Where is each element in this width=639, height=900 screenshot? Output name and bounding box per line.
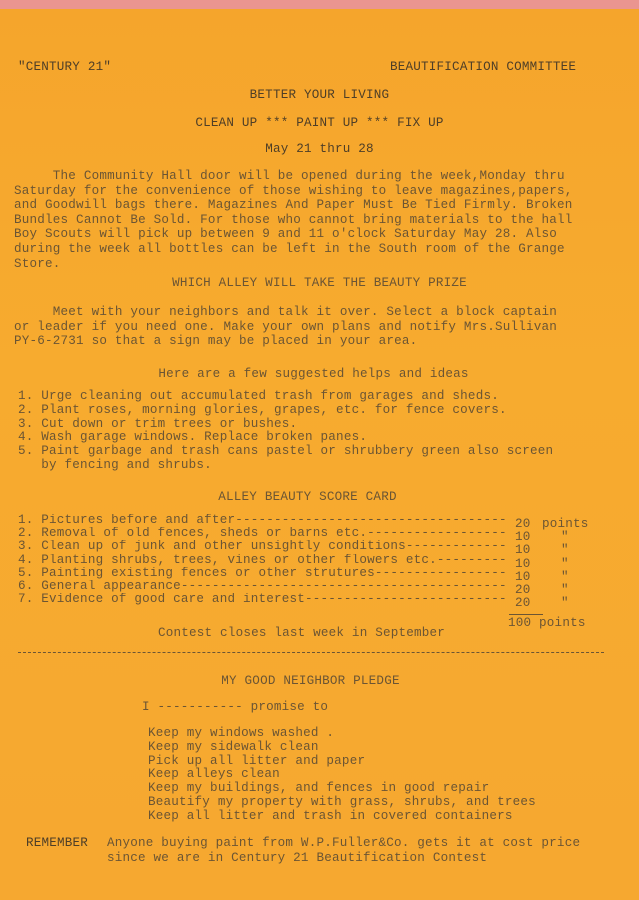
- prize-line: Meet with your neighbors and talk it ove…: [14, 306, 557, 320]
- score-total: 100 points: [508, 617, 586, 631]
- pledge-item: Keep alleys clean: [148, 768, 280, 782]
- pledge-item: Pick up all litter and paper: [148, 755, 365, 769]
- idea-item: by fencing and shrubs.: [18, 459, 212, 473]
- event-dates: May 21 thru 28: [0, 143, 639, 157]
- dashed-divider: [18, 652, 604, 653]
- idea-item: 4. Wash garage windows. Replace broken p…: [18, 431, 367, 445]
- remember-line: since we are in Century 21 Beautificatio…: [107, 852, 487, 866]
- score-item-points: 10: [515, 544, 531, 558]
- header-right: BEAUTIFICATION COMMITTEE: [390, 61, 576, 75]
- pledge-intro: I ----------- promise to: [142, 701, 328, 715]
- score-item-label: 7. Evidence of good care and interest---…: [18, 593, 508, 607]
- idea-item: 5. Paint garbage and trash cans pastel o…: [18, 445, 553, 459]
- remember-line: Anyone buying paint from W.P.Fuller&Co. …: [107, 837, 580, 851]
- intro-line: Bundles Cannot Be Sold. For those who ca…: [14, 214, 573, 228]
- page-title: BETTER YOUR LIVING: [0, 89, 639, 103]
- score-item-points: 20: [515, 597, 531, 611]
- remember-label: REMEMBER: [26, 837, 88, 851]
- score-item-label: 3. Clean up of junk and other unsightly …: [18, 540, 508, 554]
- intro-line: and Goodwill bags there. Magazines And P…: [14, 199, 573, 213]
- score-item-label: 6. General appearance-------------------…: [18, 580, 508, 594]
- score-item-label: 1. Pictures before and after------------…: [18, 514, 508, 528]
- header-left: "CENTURY 21": [18, 61, 111, 75]
- pledge-heading: MY GOOD NEIGHBOR PLEDGE: [0, 675, 630, 689]
- idea-item: 3. Cut down or trim trees or bushes.: [18, 418, 297, 432]
- pledge-item: Keep my windows washed .: [148, 727, 334, 741]
- intro-line: during the week all bottles can be left …: [14, 243, 565, 257]
- pledge-item: Keep my sidewalk clean: [148, 741, 319, 755]
- intro-line: Store.: [14, 258, 61, 272]
- total-underline: [509, 614, 543, 615]
- pledge-item: Keep my buildings, and fences in good re…: [148, 782, 489, 796]
- idea-item: 2. Plant roses, morning glories, grapes,…: [18, 404, 507, 418]
- scorecard-heading: ALLEY BEAUTY SCORE CARD: [0, 491, 627, 505]
- prize-line: PY-6-2731 so that a sign may be placed i…: [14, 335, 417, 349]
- page-subtitle: CLEAN UP *** PAINT UP *** FIX UP: [0, 117, 639, 131]
- score-item-label: 2. Removal of old fences, sheds or barns…: [18, 527, 508, 541]
- contest-closing: Contest closes last week in September: [158, 627, 445, 641]
- score-item-label: 4. Planting shrubs, trees, vines or othe…: [18, 554, 508, 568]
- idea-item: 1. Urge cleaning out accumulated trash f…: [18, 390, 499, 404]
- score-item-label: 5. Painting existing fences or other str…: [18, 567, 508, 581]
- prize-line: or leader if you need one. Make your own…: [14, 321, 557, 335]
- score-item-unit: ": [561, 597, 569, 611]
- intro-line: The Community Hall door will be opened d…: [14, 170, 565, 184]
- top-pink-band: [0, 0, 639, 9]
- intro-line: Saturday for the convenience of those wi…: [14, 185, 573, 199]
- pledge-item: Beautify my property with grass, shrubs,…: [148, 796, 536, 810]
- ideas-heading: Here are a few suggested helps and ideas: [0, 368, 633, 382]
- intro-line: Boy Scouts will pick up between 9 and 11…: [14, 228, 557, 242]
- prize-heading: WHICH ALLEY WILL TAKE THE BEAUTY PRIZE: [0, 277, 639, 291]
- pledge-item: Keep all litter and trash in covered con…: [148, 810, 513, 824]
- score-item-unit: ": [561, 544, 569, 558]
